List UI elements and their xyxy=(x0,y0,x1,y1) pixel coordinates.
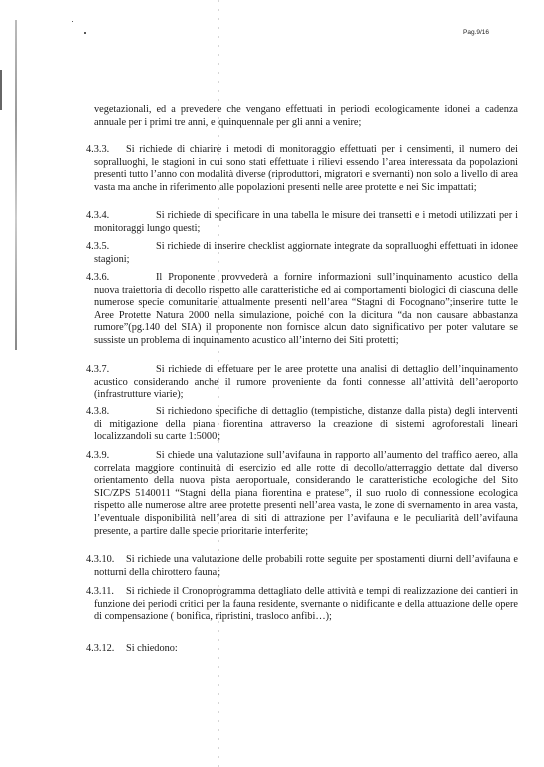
continuation-paragraph: vegetazionali, ed a prevedere che vengan… xyxy=(94,104,518,129)
item-text: Si richiede di inserire checklist aggior… xyxy=(86,241,518,266)
list-item: 4.3.3. Si richiede di chiarire i metodi … xyxy=(86,144,518,194)
scan-edge-artifact xyxy=(0,70,2,110)
document-page: Pag.9/16 vegetazionali, ed a prevedere c… xyxy=(0,0,544,767)
scan-edge-artifact xyxy=(15,20,17,350)
list-item: 4.3.8. Si richiedono specifiche di detta… xyxy=(86,406,518,444)
item-text: Si richiedono specifiche di dettaglio (t… xyxy=(86,406,518,444)
item-number: 4.3.5. xyxy=(86,241,109,254)
list-item: 4.3.6. Il Proponente provvederà a fornir… xyxy=(86,272,518,348)
item-text: Si richiede di specificare in una tabell… xyxy=(86,210,518,235)
item-number: 4.3.9. xyxy=(86,450,109,463)
item-number: 4.3.6. xyxy=(86,272,109,285)
scan-speck xyxy=(72,21,73,22)
item-number: 4.3.4. xyxy=(86,210,109,223)
item-text: Si richiede il Cronoprogramma dettagliat… xyxy=(86,586,518,624)
item-number: 4.3.7. xyxy=(86,364,109,377)
item-text: Il Proponente provvederà a fornire infor… xyxy=(86,272,518,348)
item-text: Si richiede di effetuare per le aree pro… xyxy=(86,364,518,402)
list-item: 4.3.11. Si richiede il Cronoprogramma de… xyxy=(86,586,518,624)
item-number: 4.3.8. xyxy=(86,406,109,419)
list-item: 4.3.9. Si chiede una valutazione sull’av… xyxy=(86,450,518,538)
list-item: 4.3.5. Si richiede di inserire checklist… xyxy=(86,241,518,266)
list-item: 4.3.4. Si richiede di specificare in una… xyxy=(86,210,518,235)
item-text: Si richiede di chiarire i metodi di moni… xyxy=(86,144,518,194)
list-item: 4.3.10. Si richiede una valutazione dell… xyxy=(86,554,518,579)
item-text: Si chiede una valutazione sull’avifauna … xyxy=(86,450,518,538)
item-text: Si richiede una valutazione delle probab… xyxy=(86,554,518,579)
item-number: 4.3.12. xyxy=(86,643,114,656)
list-item: 4.3.12. Si chiedono: xyxy=(86,643,518,656)
item-number: 4.3.3. xyxy=(86,144,109,157)
item-text: Si chiedono: xyxy=(86,643,518,656)
page-number: Pag.9/16 xyxy=(463,29,489,36)
item-number: 4.3.11. xyxy=(86,586,114,599)
scan-speck xyxy=(84,32,86,34)
item-number: 4.3.10. xyxy=(86,554,114,567)
list-item: 4.3.7. Si richiede di effetuare per le a… xyxy=(86,364,518,402)
